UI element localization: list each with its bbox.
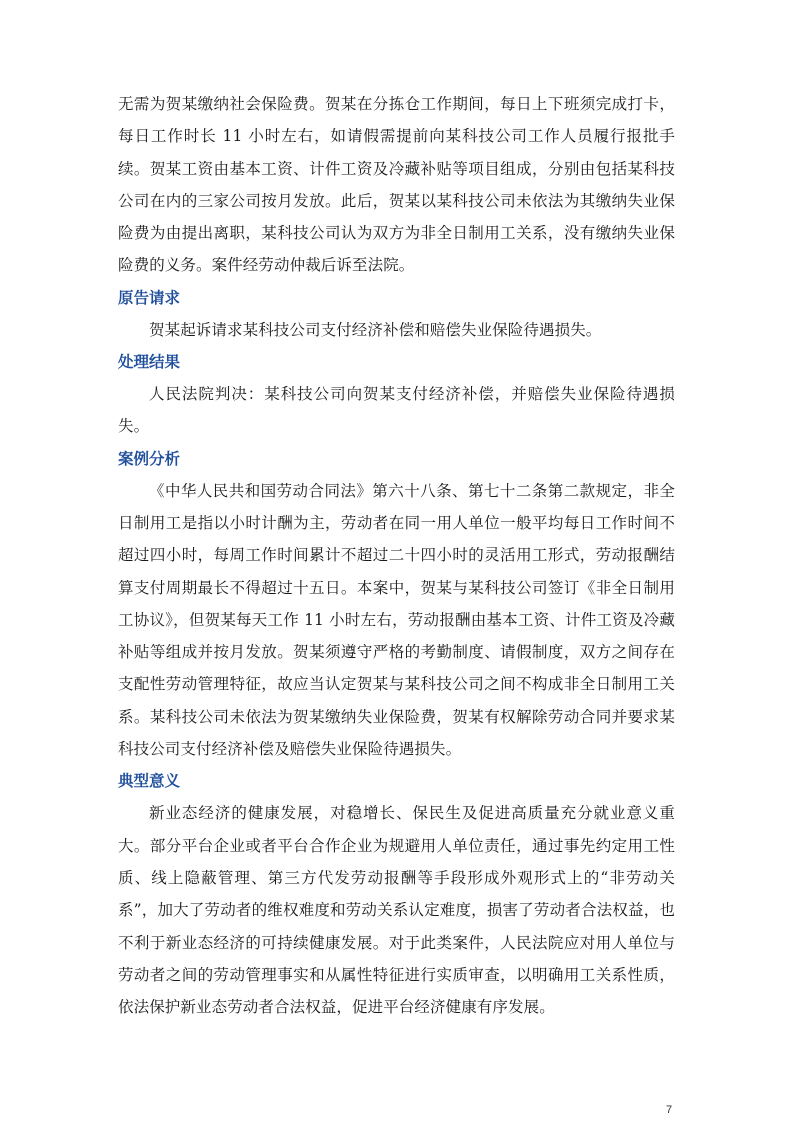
section-heading-case-analysis: 案例分析 [118,443,675,475]
section-heading-result: 处理结果 [118,346,675,378]
intro-paragraph: 无需为贺某缴纳社会保险费。贺某在分拣仓工作期间，每日上下班须完成打卡，每日工作时… [118,88,675,282]
document-page: 无需为贺某缴纳社会保险费。贺某在分拣仓工作期间，每日上下班须完成打卡，每日工作时… [118,88,675,1023]
section-heading-significance: 典型意义 [118,765,675,797]
page-number: 7 [666,1104,672,1116]
section-body-result: 人民法院判决：某科技公司向贺某支付经济补偿，并赔偿失业保险待遇损失。 [118,378,675,443]
section-body-significance: 新业态经济的健康发展，对稳增长、保民生及促进高质量充分就业意义重大。部分平台企业… [118,797,675,1023]
section-body-case-analysis: 《中华人民共和国劳动合同法》第六十八条、第七十二条第二款规定，非全日制用工是指以… [118,475,675,766]
section-body-plaintiff-request: 贺某起诉请求某科技公司支付经济补偿和赔偿失业保险待遇损失。 [118,314,675,346]
section-heading-plaintiff-request: 原告请求 [118,282,675,314]
